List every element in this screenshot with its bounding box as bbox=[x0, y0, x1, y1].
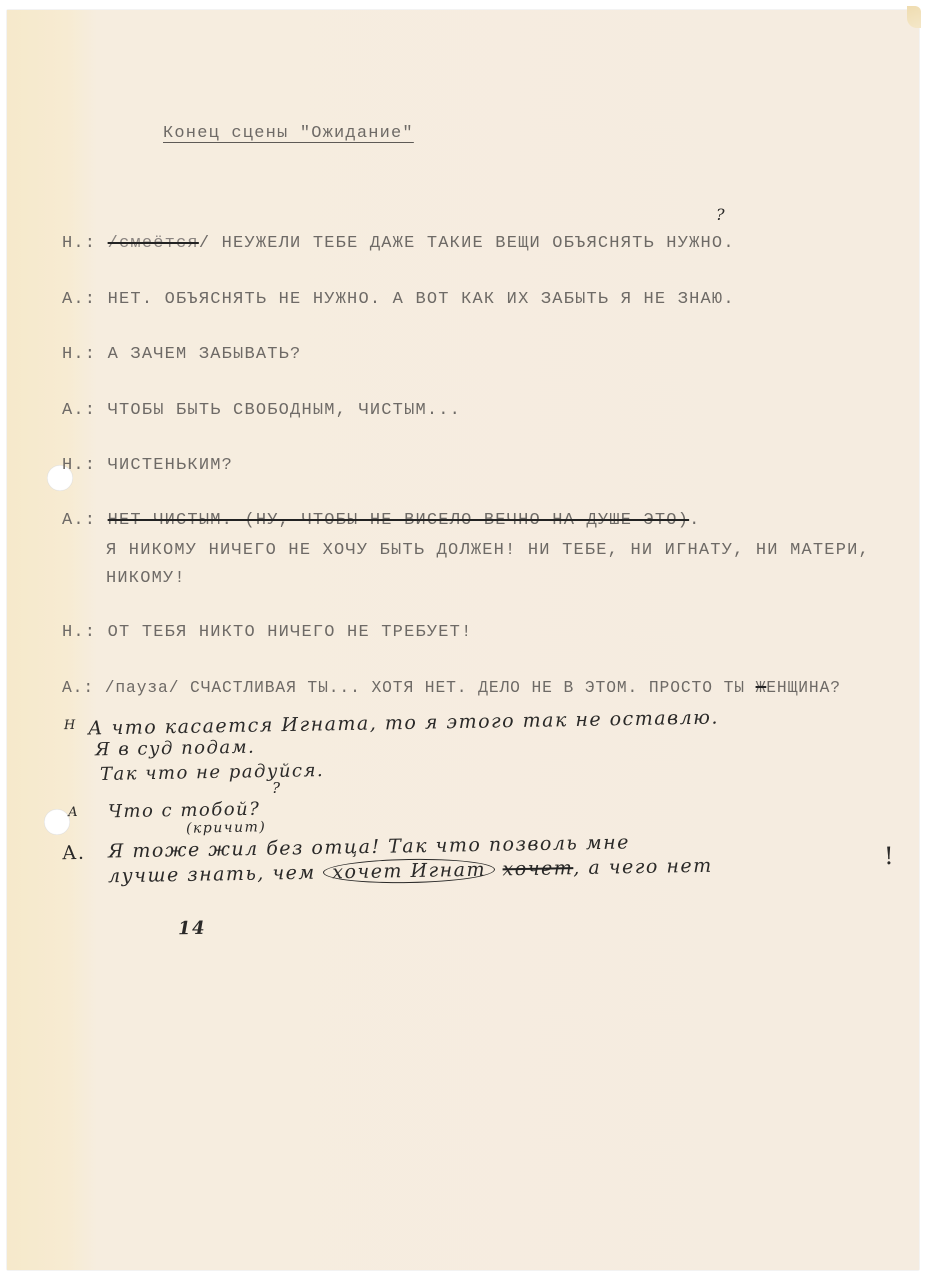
dialogue-text: ЧТОБЫ БЫТЬ СВОБОДНЫМ, ЧИСТЫМ... bbox=[108, 401, 461, 420]
punch-hole-lower bbox=[44, 809, 70, 835]
page-number: 14 bbox=[178, 918, 206, 939]
speaker-label: А.: bbox=[62, 290, 96, 309]
dialogue-line-6-continued-2: НИКОМУ! bbox=[106, 569, 186, 589]
handwritten-line: Что с тобой? bbox=[108, 799, 261, 823]
speaker-label: Н.: bbox=[62, 456, 96, 475]
dialogue-text: ЧИСТЕНЬКИМ? bbox=[108, 456, 233, 475]
dialogue-line-7: Н.: ОТ ТЕБЯ НИКТО НИЧЕГО НЕ ТРЕБУЕТ! bbox=[62, 623, 472, 643]
folded-corner bbox=[907, 6, 921, 28]
margin-mark: ? bbox=[716, 205, 725, 224]
speaker-label: Н.: bbox=[62, 234, 96, 253]
speaker-label: А.: bbox=[62, 678, 94, 697]
dialogue-text: /пауза/ СЧАСТЛИВАЯ ТЫ... ХОТЯ НЕТ. ДЕЛО … bbox=[105, 678, 756, 697]
dialogue-text-tail: ЕНЩИНА? bbox=[766, 678, 841, 697]
speaker-label: А.: bbox=[62, 511, 96, 530]
dialogue-line-5: Н.: ЧИСТЕНЬКИМ? bbox=[62, 456, 233, 476]
dialogue-text: ОТ ТЕБЯ НИКТО НИЧЕГО НЕ ТРЕБУЕТ! bbox=[108, 623, 473, 642]
handwritten-insert: (кричит) bbox=[186, 819, 267, 836]
dialogue-text: / НЕУЖЕЛИ ТЕБЕ ДАЖЕ ТАКИЕ ВЕЩИ ОБЪЯСНЯТЬ… bbox=[199, 234, 735, 253]
handwritten-text: лучше знать, чем bbox=[108, 862, 316, 888]
dialogue-line-8: А.: /пауза/ СЧАСТЛИВАЯ ТЫ... ХОТЯ НЕТ. Д… bbox=[62, 678, 841, 698]
handwritten-text: , а чего нет bbox=[573, 855, 713, 879]
speaker-label: Н.: bbox=[62, 623, 96, 642]
speaker-label: А.: bbox=[62, 401, 96, 420]
dialogue-text: НЕТ. ОБЪЯСНЯТЬ НЕ НУЖНО. А ВОТ КАК ИХ ЗА… bbox=[108, 290, 735, 309]
dialogue-line-1: Н.: /смеётся/ НЕУЖЕЛИ ТЕБЕ ДАЖЕ ТАКИЕ ВЕ… bbox=[62, 234, 735, 254]
dialogue-text: . bbox=[689, 511, 700, 530]
dialogue-line-6: А.: НЕТ ЧИСТЫМ. (НУ, ЧТОБЫ НЕ ВИСЕЛО ВЕЧ… bbox=[62, 511, 701, 531]
dialogue-line-4: А.: ЧТОБЫ БЫТЬ СВОБОДНЫМ, ЧИСТЫМ... bbox=[62, 401, 461, 421]
page-title: Конец сцены "Ожидание" bbox=[163, 124, 414, 144]
struck-text: НЕТ ЧИСТЫМ. (НУ, ЧТОБЫ НЕ ВИСЕЛО ВЕЧНО Н… bbox=[108, 511, 690, 530]
handwritten-line: Так что не радуйся. bbox=[100, 760, 325, 785]
dialogue-line-2: А.: НЕТ. ОБЪЯСНЯТЬ НЕ НУЖНО. А ВОТ КАК И… bbox=[62, 290, 735, 310]
handwritten-speaker: А. bbox=[62, 842, 86, 864]
margin-mark: ? bbox=[272, 779, 280, 797]
dialogue-text: А ЗАЧЕМ ЗАБЫВАТЬ? bbox=[108, 345, 302, 364]
exclamation-mark: ! bbox=[884, 842, 896, 870]
circled-words: хочет Игнат bbox=[323, 858, 495, 885]
dialogue-line-6-continued: Я НИКОМУ НИЧЕГО НЕ ХОЧУ БЫТЬ ДОЛЖЕН! НИ … bbox=[106, 541, 870, 561]
handwritten-speaker-n: Н bbox=[64, 718, 77, 733]
handwritten-speaker: А bbox=[68, 805, 80, 820]
handwritten-line: Я в суд подам. bbox=[95, 737, 256, 761]
dialogue-line-3: Н.: А ЗАЧЕМ ЗАБЫВАТЬ? bbox=[62, 345, 301, 365]
struck-letter: Ж bbox=[756, 678, 767, 697]
struck-stage-direction: /смеётся bbox=[108, 234, 199, 253]
struck-word: хочет bbox=[502, 857, 573, 880]
speaker-label: Н.: bbox=[62, 345, 96, 364]
